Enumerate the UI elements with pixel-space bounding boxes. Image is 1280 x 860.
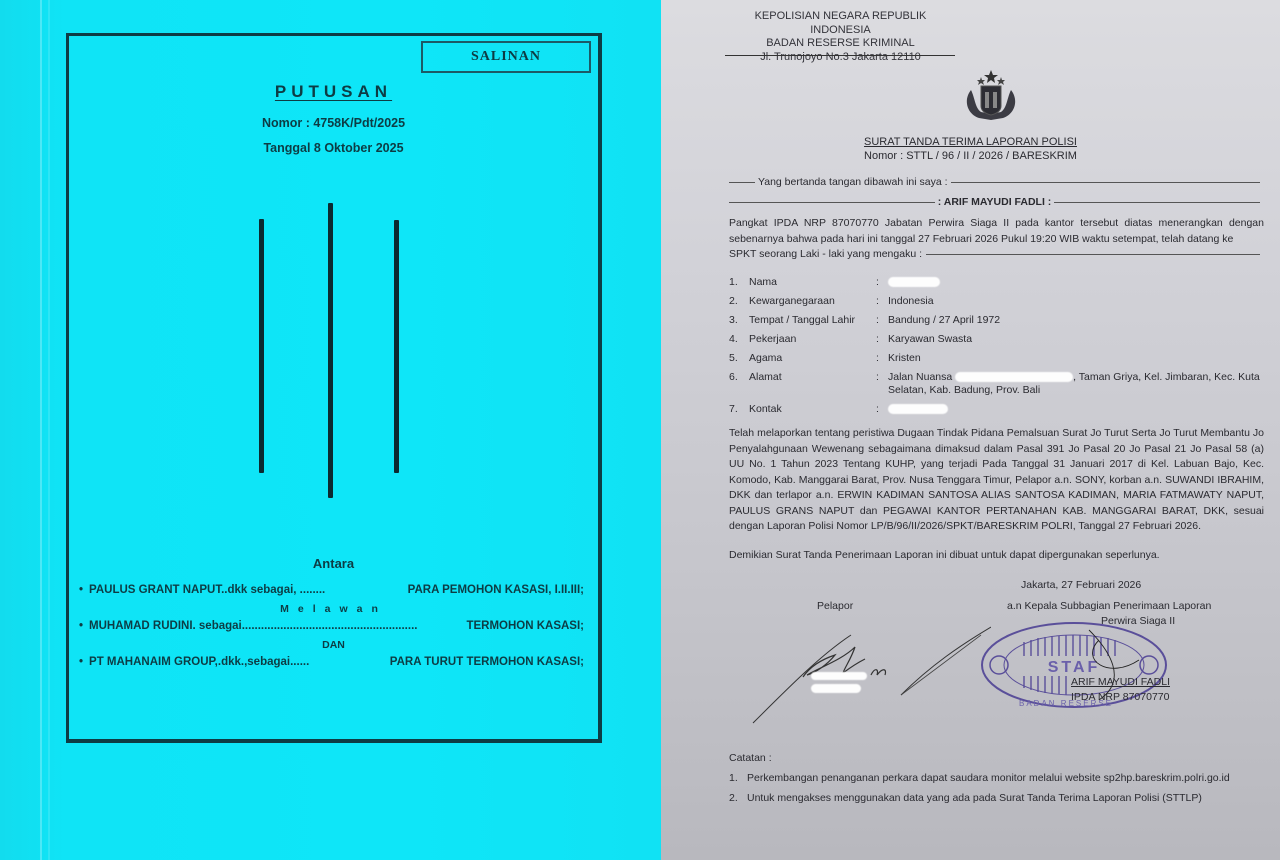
bullet-icon: • [79, 620, 83, 632]
antara-label: Antara [69, 556, 598, 571]
melawan-label: Melawan [69, 603, 598, 615]
note-item: 2. Untuk mengakses menggunakan data yang… [729, 792, 1202, 804]
field-kontak: 7. Kontak : [729, 403, 1269, 422]
party-name: PAULUS GRANT NAPUT..dkk sebagai, .......… [89, 584, 325, 596]
putusan-cover-document: SALINAN PUTUSAN Nomor : 4758K/Pdt/2025 T… [0, 0, 661, 860]
police-report-document: KEPOLISIAN NEGARA REPUBLIK INDONESIA BAD… [661, 0, 1280, 860]
closing-paragraph: Demikian Surat Tanda Penerimaan Laporan … [729, 548, 1264, 564]
field-pekerjaan: 4. Pekerjaan : Karyawan Swasta [729, 333, 1269, 352]
decision-number: Nomor : 4758K/Pdt/2025 [69, 116, 598, 130]
field-kewarganegaraan: 2. Kewarganegaraan : Indonesia [729, 295, 1269, 314]
roman-numeral-bar [259, 219, 264, 473]
letterhead-line: KEPOLISIAN NEGARA REPUBLIK INDONESIA [728, 10, 953, 37]
field-label: Pekerjaan [749, 333, 876, 345]
reporter-label: Pelapor [817, 600, 853, 612]
salinan-stamp: SALINAN [421, 41, 591, 73]
field-label: Kewarganegaraan [749, 295, 876, 307]
report-number: Nomor : STTL / 96 / II / 2026 / BARESKRI… [661, 150, 1280, 162]
officer-name-row: : ARIF MAYUDI FADLI : [729, 196, 1260, 208]
field-value: Jalan Nuansa , Taman Griya, Kel. Jimbara… [888, 371, 1269, 397]
note-text: Perkembangan penanganan perkara dapat sa… [747, 772, 1230, 784]
reporter-name-redacted [811, 672, 867, 693]
party-line: •PAULUS GRANT NAPUT..dkk sebagai, ......… [79, 584, 584, 596]
police-emblem-icon [957, 68, 1025, 124]
field-label: Agama [749, 352, 876, 364]
field-number: 1. [729, 276, 749, 288]
field-value: Bandung / 27 April 1972 [888, 314, 1269, 327]
field-colon: : [876, 295, 888, 307]
field-colon: : [876, 403, 888, 415]
reporter-identity-fields: 1. Nama : 2. Kewarganegaraan : Indonesia… [729, 276, 1269, 422]
on-behalf-label: a.n Kepala Subbagian Penerimaan Laporan [1007, 600, 1211, 612]
field-label: Kontak [749, 403, 876, 415]
signatory-intro-text: Yang bertanda tangan dibawah ini saya : [755, 176, 951, 188]
signing-place-date: Jakarta, 27 Februari 2026 [1021, 579, 1141, 591]
field-value-redacted [888, 403, 1269, 416]
report-title: SURAT TANDA TERIMA LAPORAN POLISI [661, 136, 1280, 148]
officer-statement-paragraph: Pangkat IPDA NRP 87070770 Jabatan Perwir… [729, 216, 1264, 247]
field-number: 5. [729, 352, 749, 364]
field-alamat: 6. Alamat : Jalan Nuansa , Taman Griya, … [729, 371, 1269, 403]
field-value-redacted [888, 276, 1269, 289]
party-line: •PT MAHANAIM GROUP,.dkk.,sebagai...... P… [79, 656, 584, 668]
field-value: Indonesia [888, 295, 1269, 308]
svg-text:STAF: STAF [1048, 659, 1101, 676]
field-label: Tempat / Tanggal Lahir [749, 314, 876, 326]
field-agama: 5. Agama : Kristen [729, 352, 1269, 371]
note-text: Untuk mengakses menggunakan data yang ad… [747, 792, 1202, 804]
field-number: 6. [729, 371, 749, 383]
letterhead-line: Jl. Trunojoyo No.3 Jakarta 12110 [728, 51, 953, 65]
bullet-icon: • [79, 656, 83, 668]
field-label: Alamat [749, 371, 876, 383]
field-value: Kristen [888, 352, 1269, 365]
party-role: PARA PEMOHON KASASI, I.II.III; [408, 584, 584, 596]
address-prefix: Jalan Nuansa [888, 371, 952, 383]
paper-crease [48, 0, 50, 860]
decision-date: Tanggal 8 Oktober 2025 [69, 141, 598, 155]
field-colon: : [876, 314, 888, 326]
report-title-text: SURAT TANDA TERIMA LAPORAN POLISI [864, 136, 1077, 148]
note-number: 1. [729, 772, 747, 784]
field-colon: : [876, 333, 888, 345]
spkt-text: SPKT seorang Laki - laki yang mengaku : [729, 248, 922, 260]
note-item: 1. Perkembangan penanganan perkara dapat… [729, 772, 1230, 784]
officer-signature-name: ARIF MAYUDI FADLI [1071, 676, 1170, 688]
report-details-paragraph: Telah melaporkan tentang peristiwa Dugaa… [729, 426, 1264, 535]
party-role: TERMOHON KASASI; [466, 620, 584, 632]
cover-frame: SALINAN PUTUSAN Nomor : 4758K/Pdt/2025 T… [66, 33, 602, 743]
note-number: 2. [729, 792, 747, 804]
officer-signature-nrp: IPDA NRP 87070770 [1071, 691, 1169, 703]
field-nama: 1. Nama : [729, 276, 1269, 295]
dan-label: DAN [69, 639, 598, 651]
field-value: Karyawan Swasta [888, 333, 1269, 346]
party-name: PT MAHANAIM GROUP,.dkk.,sebagai...... [89, 656, 309, 668]
officer-name: : ARIF MAYUDI FADLI : [935, 196, 1055, 208]
field-tempat-tanggal-lahir: 3. Tempat / Tanggal Lahir : Bandung / 27… [729, 314, 1269, 333]
field-colon: : [876, 276, 888, 288]
document-title: PUTUSAN [69, 82, 598, 102]
party-line: •MUHAMAD RUDINI. sebagai................… [79, 620, 584, 632]
signatory-intro-row: Yang bertanda tangan dibawah ini saya : [729, 176, 1260, 188]
bullet-icon: • [79, 584, 83, 596]
party-role: PARA TURUT TERMOHON KASASI; [390, 656, 584, 668]
roman-numeral-bar [328, 203, 333, 498]
field-number: 3. [729, 314, 749, 326]
paper-crease [40, 0, 42, 860]
field-number: 4. [729, 333, 749, 345]
roman-numeral-bar [394, 220, 399, 473]
notes-label: Catatan : [729, 752, 772, 764]
field-number: 2. [729, 295, 749, 307]
field-colon: : [876, 371, 888, 383]
letterhead-line: BADAN RESERSE KRIMINAL [728, 37, 953, 51]
field-number: 7. [729, 403, 749, 415]
letterhead-divider [725, 55, 955, 56]
reporter-signature-icon [751, 615, 991, 725]
field-label: Nama [749, 276, 876, 288]
field-colon: : [876, 352, 888, 364]
party-name: MUHAMAD RUDINI. sebagai.................… [89, 620, 417, 632]
spkt-line: SPKT seorang Laki - laki yang mengaku : [729, 248, 1260, 260]
